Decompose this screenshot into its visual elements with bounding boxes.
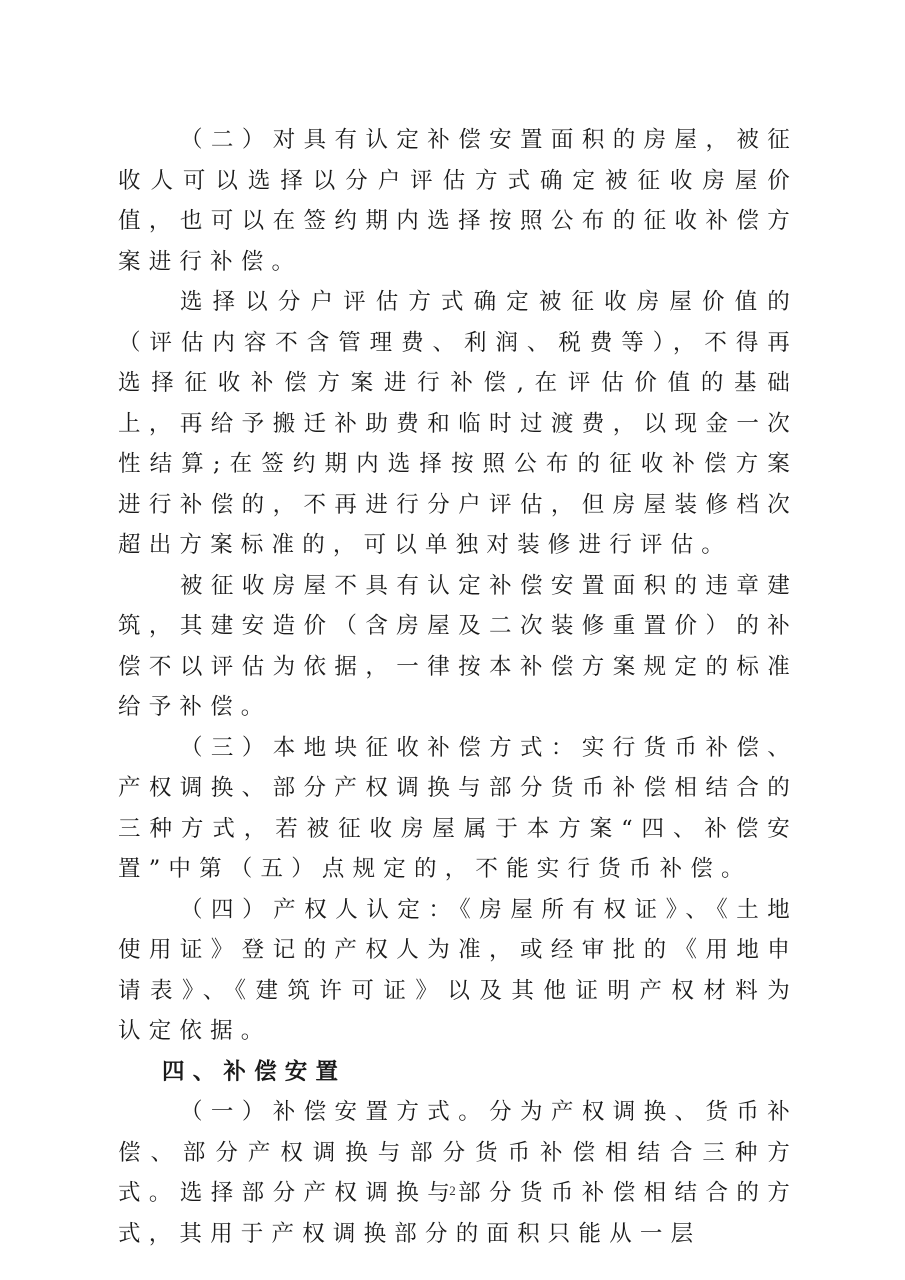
paragraph-illegal-buildings: 被征收房屋不具有认定补偿安置面积的违章建筑，其建安造价（含房屋及二次装修重置价）… [118,566,798,728]
paragraph-section-3-compensation-methods: （三）本地块征收补偿方式：实行货币补偿、产权调换、部分产权调换与部分货币补偿相结… [118,728,798,890]
paragraph-appraisal-option: 选择以分户评估方式确定被征收房屋价值的（评估内容不含管理费、利润、税费等），不得… [118,282,798,566]
document-page: （二）对具有认定补偿安置面积的房屋，被征收人可以选择以分户评估方式确定被征收房屋… [118,120,798,1254]
paragraph-section-2: （二）对具有认定补偿安置面积的房屋，被征收人可以选择以分户评估方式确定被征收房屋… [118,120,798,282]
section-heading-compensation-resettlement: 四、补偿安置 [118,1052,798,1093]
paragraph-resettlement-methods: （一）补偿安置方式。分为产权调换、货币补偿、部分产权调换与部分货币补偿相结合三种… [118,1092,798,1254]
paragraph-section-4-ownership: （四）产权人认定：《房屋所有权证》、《土地使用证》登记的产权人为准，或经审批的《… [118,890,798,1052]
page-number: 2 [0,1183,905,1199]
